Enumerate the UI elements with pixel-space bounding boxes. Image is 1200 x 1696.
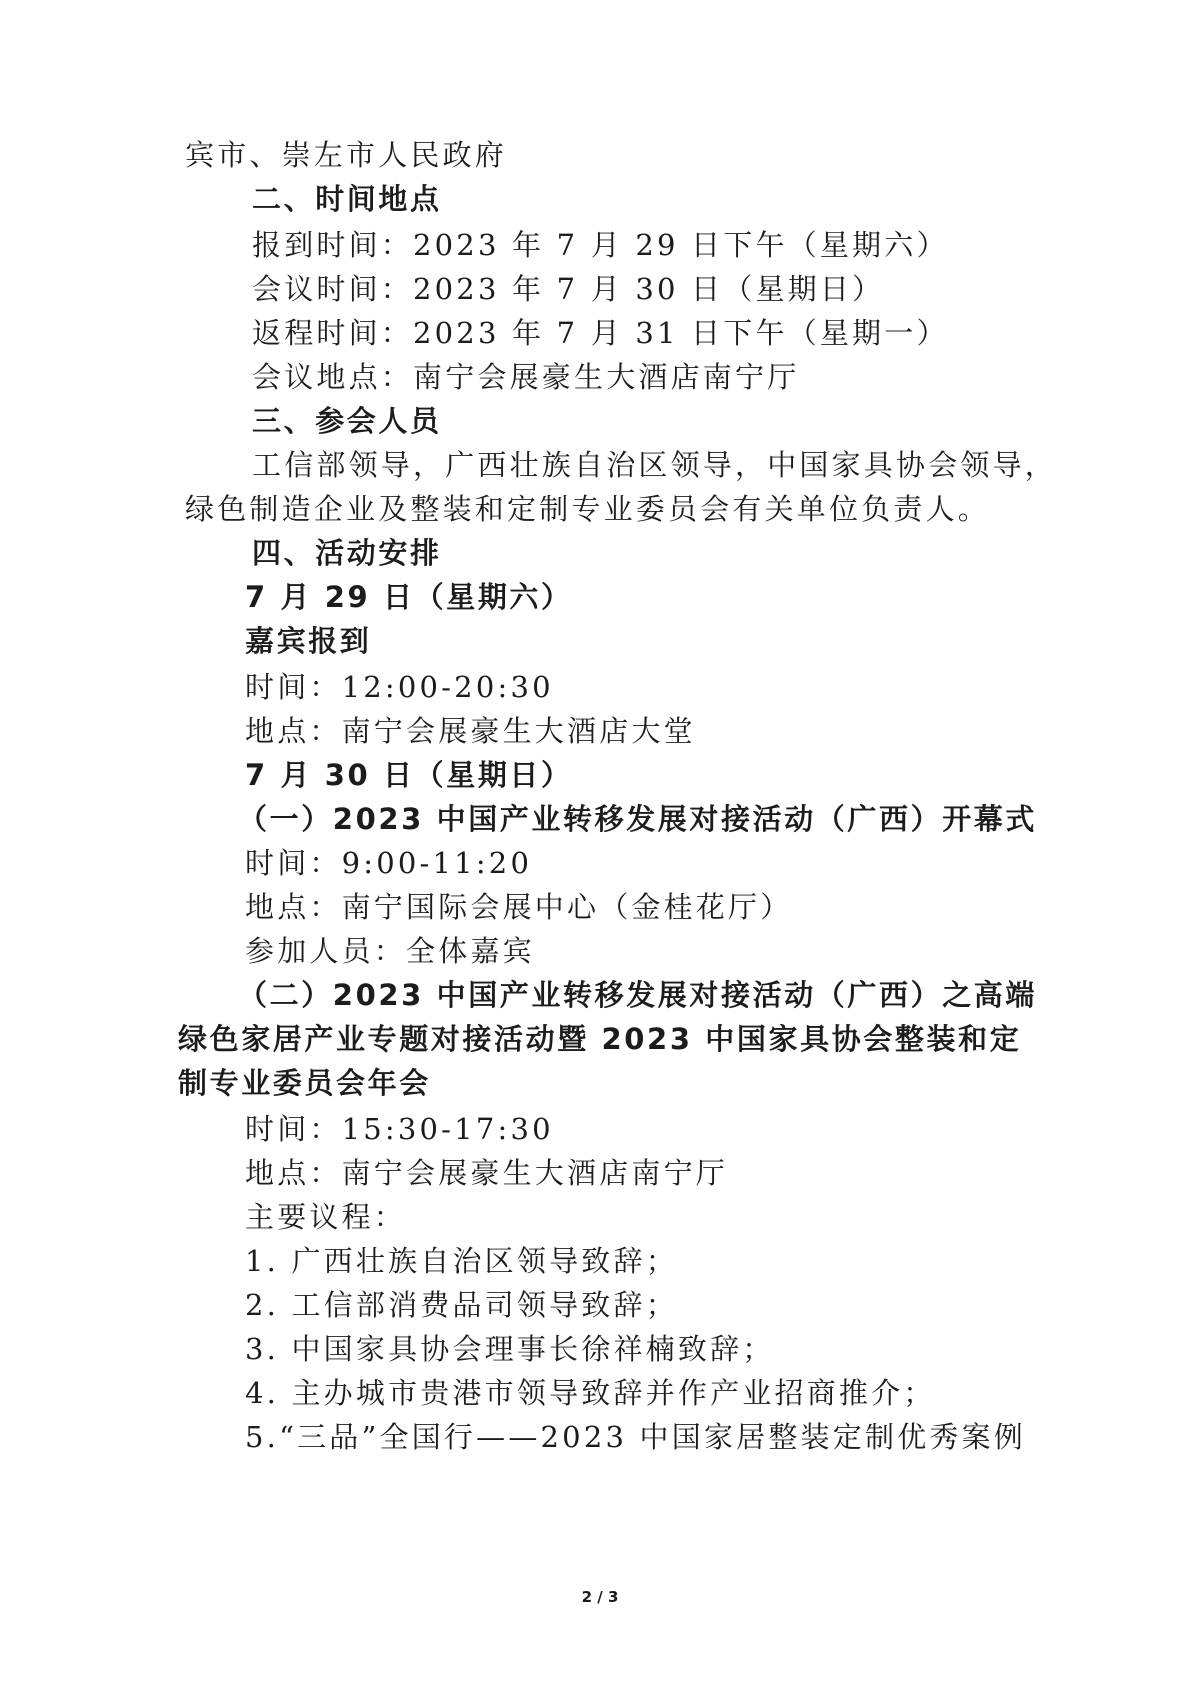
text-line-continuation: 宾市、崇左市人民政府 <box>185 138 507 172</box>
text-line-registration-time: 报到时间：2023 年 7 月 29 日下午（星期六） <box>252 228 949 262</box>
section-heading-time-place: 二、时间地点 <box>252 182 442 216</box>
event-heading-annual-meeting-1: （二）2023 中国产业转移发展对接活动（广西）之高端 <box>238 978 1037 1012</box>
agenda-item-1: 1. 广西壮族自治区领导致辞； <box>245 1244 678 1278</box>
text-line-opening-time: 时间：9:00-11:20 <box>245 846 532 880</box>
agenda-item-3: 3. 中国家具协会理事长徐祥楠致辞； <box>245 1332 775 1366</box>
text-line-return-time: 返程时间：2023 年 7 月 31 日下午（星期一） <box>252 316 949 350</box>
agenda-item-2: 2. 工信部消费品司领导致辞； <box>245 1288 678 1322</box>
text-line-meeting-venue: 会议地点：南宁会展豪生大酒店南宁厅 <box>252 360 799 394</box>
event-heading-annual-meeting-2: 绿色家居产业专题对接活动暨 2023 中国家具协会整装和定 <box>178 1022 1021 1056</box>
text-line-meeting-time-slot: 时间：15:30-17:30 <box>245 1112 554 1146</box>
date-heading-july-29: 7 月 29 日（星期六） <box>245 580 573 614</box>
page-number: 2 / 3 <box>0 1588 1200 1606</box>
agenda-item-4: 4. 主办城市贵港市领导致辞并作产业招商推介； <box>245 1376 936 1410</box>
event-heading-annual-meeting-3: 制专业委员会年会 <box>178 1066 431 1100</box>
event-heading-registration: 嘉宾报到 <box>245 624 371 658</box>
text-line-agenda-label: 主要议程： <box>245 1200 406 1234</box>
text-line-attendees-1: 工信部领导，广西壮族自治区领导，中国家具协会领导， <box>252 448 1057 482</box>
text-line-opening-place: 地点：南宁国际会展中心（金桂花厅） <box>245 890 792 924</box>
section-heading-attendees: 三、参会人员 <box>252 404 442 438</box>
text-line-meeting-place: 地点：南宁会展豪生大酒店南宁厅 <box>245 1156 728 1190</box>
text-line-opening-attendees: 参加人员：全体嘉宾 <box>245 934 535 968</box>
date-heading-july-30: 7 月 30 日（星期日） <box>245 758 573 792</box>
text-line-reg-place: 地点：南宁会展豪生大酒店大堂 <box>245 714 696 748</box>
text-line-attendees-2: 绿色制造企业及整装和定制专业委员会有关单位负责人。 <box>185 492 990 526</box>
document-page: 宾市、崇左市人民政府 二、时间地点 报到时间：2023 年 7 月 29 日下午… <box>0 0 1200 1696</box>
text-line-reg-time: 时间：12:00-20:30 <box>245 670 554 704</box>
text-line-meeting-time: 会议时间：2023 年 7 月 30 日（星期日） <box>252 272 884 306</box>
agenda-item-5: 5.“三品”全国行——2023 中国家居整装定制优秀案例 <box>245 1420 1026 1454</box>
event-heading-opening: （一）2023 中国产业转移发展对接活动（广西）开幕式 <box>238 802 1037 836</box>
section-heading-schedule: 四、活动安排 <box>252 536 442 570</box>
